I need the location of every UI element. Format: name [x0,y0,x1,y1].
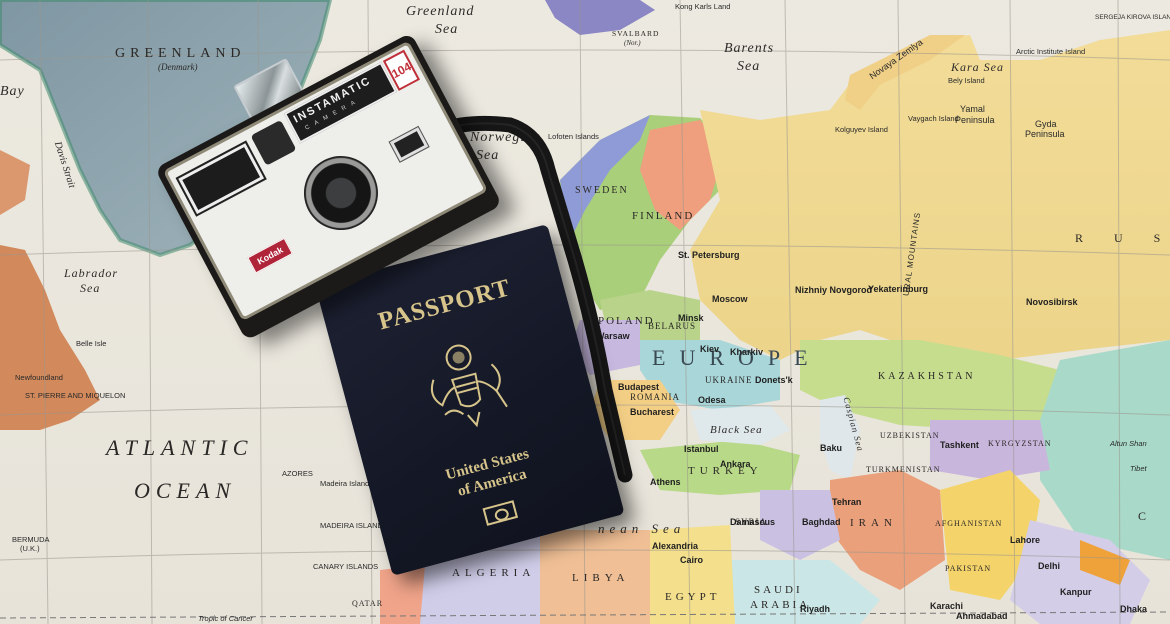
photo-scene: GREENLAND (Denmark) Greenland Sea SVALBA… [0,0,1170,624]
biometric-chip-icon [482,500,518,526]
camera-strap [0,0,1170,624]
eagle-seal-icon [405,325,527,447]
